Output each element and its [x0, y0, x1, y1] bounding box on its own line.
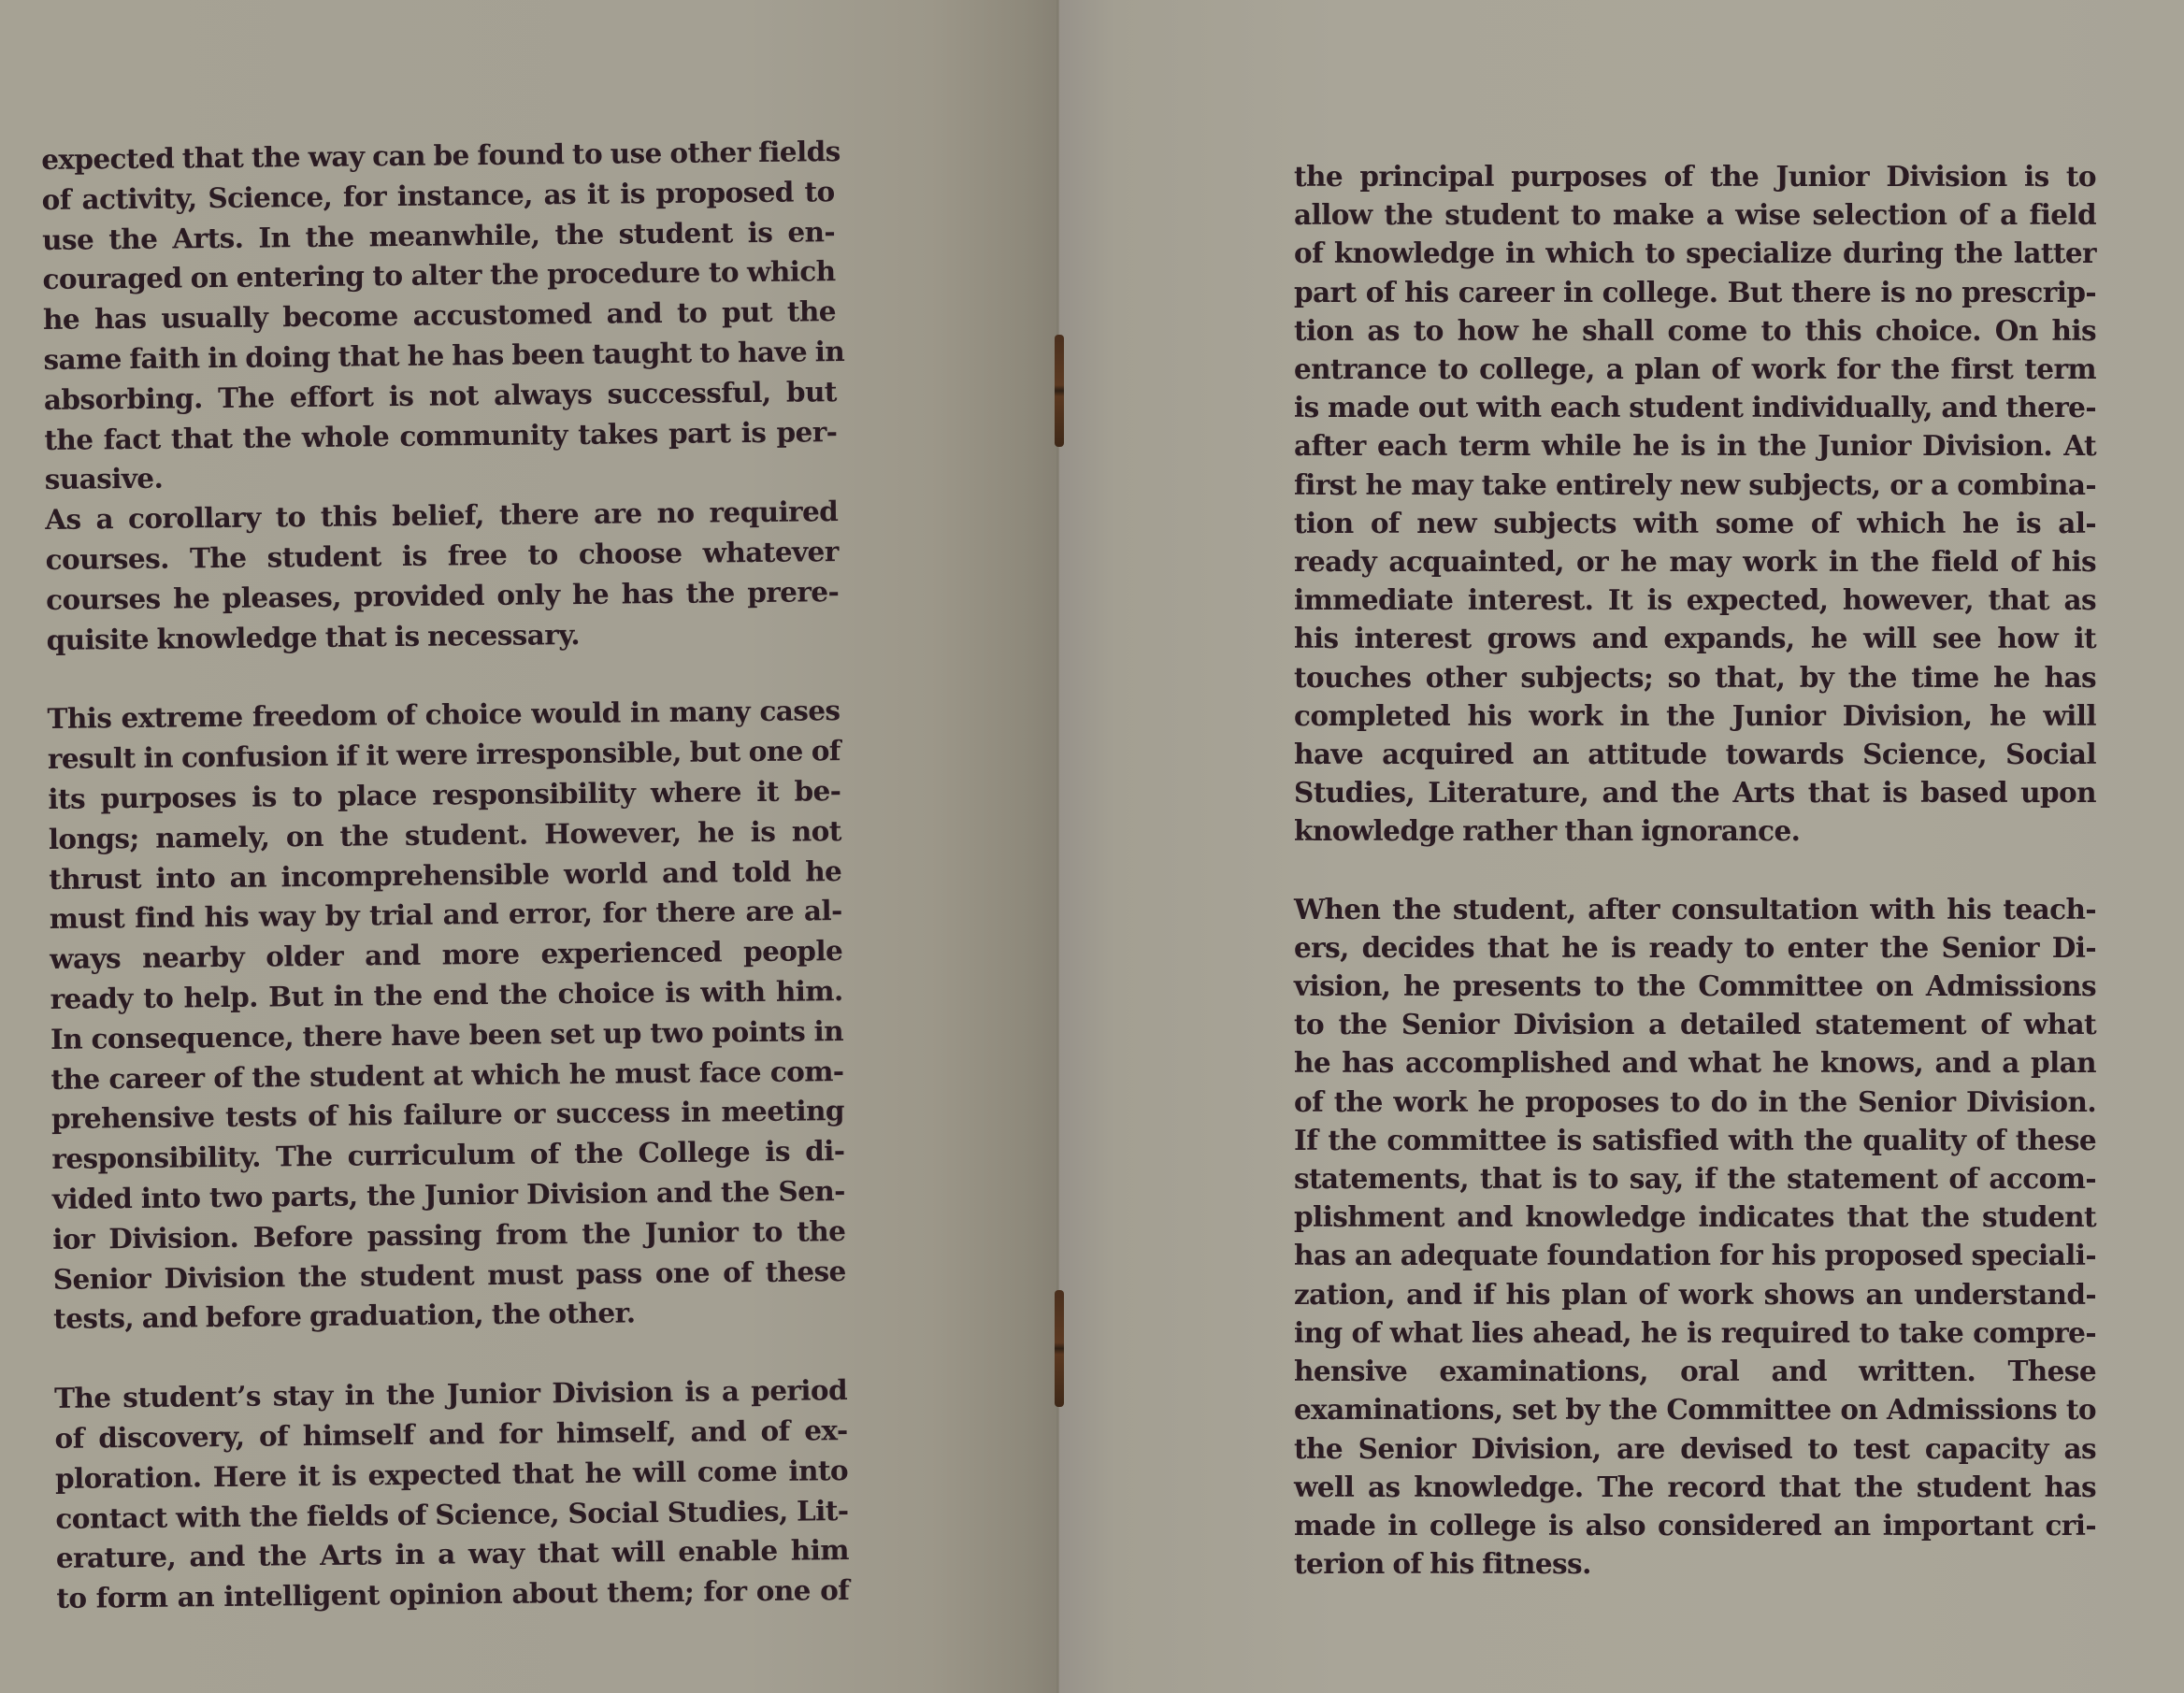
text-line: made in college is also considered an im… [1294, 1506, 2096, 1544]
paragraph: the principal purposes of the Junior Div… [1294, 157, 2096, 851]
text-line: well as knowledge. The record that the s… [1294, 1468, 2096, 1506]
text-line: vision, he presents to the Committee on … [1294, 967, 2096, 1005]
text-line: hensive examinations, oral and written. … [1294, 1352, 2096, 1390]
text-line: he has accomplished and what he knows, a… [1294, 1043, 2096, 1082]
left-page-text: expected that the way can be found to us… [41, 132, 850, 1619]
staple-top [1055, 335, 1064, 447]
text-line: of knowledge in which to specialize duri… [1294, 234, 2096, 272]
text-line: entrance to college, a plan of work for … [1294, 350, 2096, 388]
text-line: ers, decides that he is ready to enter t… [1294, 928, 2096, 967]
text-line: examinations, set by the Committee on Ad… [1294, 1390, 2096, 1428]
text-line: If the committee is satisfied with the q… [1294, 1121, 2096, 1159]
text-line: his interest grows and expands, he will … [1294, 619, 2096, 657]
text-line: have acquired an attitude towards Scienc… [1294, 735, 2096, 773]
paragraph: As a corollary to this belief, there are… [45, 492, 840, 660]
text-line: allow the student to make a wise selecti… [1294, 195, 2096, 234]
paragraph-gap [1294, 851, 2096, 890]
text-line: terion of his fitness. [1294, 1544, 2096, 1583]
paragraph: The student’s stay in the Junior Divisio… [54, 1370, 850, 1619]
staple-bottom [1055, 1290, 1064, 1407]
gutter-fold [1056, 0, 1059, 1693]
text-line: When the student, after consultation wit… [1294, 890, 2096, 928]
text-line: ready acquainted, or he may work in the … [1294, 542, 2096, 581]
text-line: courses he pleases, provided only he has… [46, 572, 839, 621]
text-line: first he may take entirely new subjects,… [1294, 466, 2096, 504]
text-line: plishment and knowledge indicates that t… [1294, 1198, 2096, 1236]
text-line: has an adequate foundation for his propo… [1294, 1236, 2096, 1274]
text-line: to the Senior Division a detailed statem… [1294, 1005, 2096, 1043]
text-line: immediate interest. It is expected, howe… [1294, 581, 2096, 619]
paragraph: This extreme freedom of choice would in … [47, 691, 846, 1340]
text-line: after each term while he is in the Junio… [1294, 426, 2096, 465]
text-line: tion as to how he shall come to this cho… [1294, 311, 2096, 350]
booklet-spread: expected that the way can be found to us… [0, 0, 2184, 1693]
text-line: of the work he proposes to do in the Sen… [1294, 1083, 2096, 1121]
paragraph: When the student, after consultation wit… [1294, 890, 2096, 1584]
text-line: the Senior Division, are devised to test… [1294, 1429, 2096, 1468]
text-line: tion of new subjects with some of which … [1294, 504, 2096, 542]
text-line: zation, and if his plan of work shows an… [1294, 1275, 2096, 1313]
text-line: the principal purposes of the Junior Div… [1294, 157, 2096, 195]
text-line: knowledge rather than ignorance. [1294, 811, 2096, 850]
text-line: completed his work in the Junior Divisio… [1294, 696, 2096, 735]
text-line: ing of what lies ahead, he is required t… [1294, 1313, 2096, 1352]
text-line: to form an intelligent opinion about the… [56, 1571, 849, 1619]
text-line: touches other subjects; so that, by the … [1294, 658, 2096, 696]
text-line: statements, that is to say, if the state… [1294, 1159, 2096, 1198]
text-line: Studies, Literature, and the Arts that i… [1294, 773, 2096, 811]
right-page-text: the principal purposes of the Junior Div… [1294, 157, 2096, 1583]
text-line: is made out with each student individual… [1294, 388, 2096, 426]
paragraph: expected that the way can be found to us… [41, 132, 838, 500]
text-line: part of his career in college. But there… [1294, 273, 2096, 311]
